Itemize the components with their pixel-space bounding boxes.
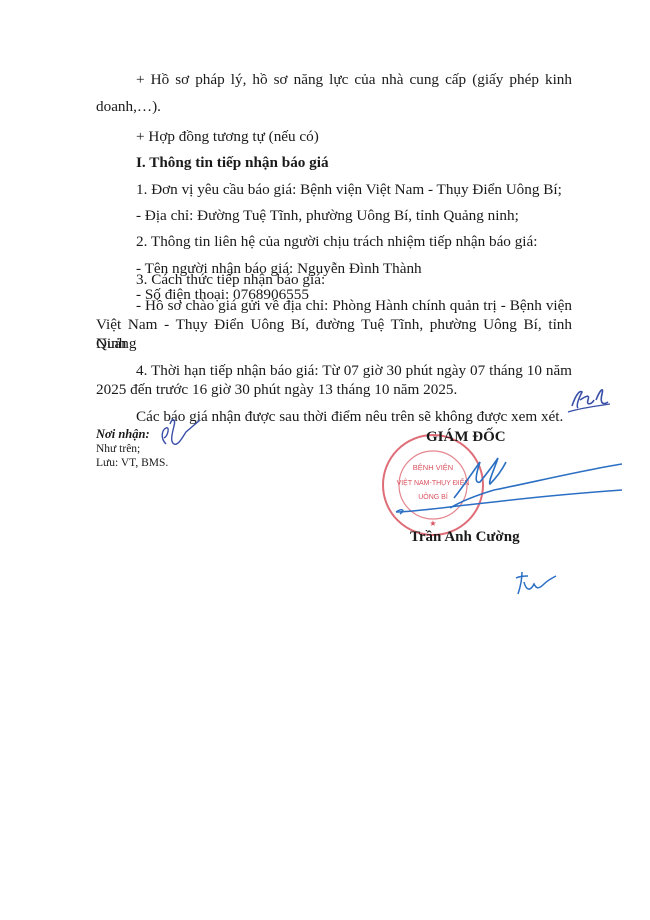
item1-requesting-unit: 1. Đơn vị yêu cầu báo giá: Bệnh viện Việ… <box>136 180 562 199</box>
svg-text:★: ★ <box>429 519 436 528</box>
similar-contracts: + Hợp đồng tương tự (nếu có) <box>136 127 319 146</box>
legal-docs-line1: + Hồ sơ pháp lý, hồ sơ năng lực của nhà … <box>136 70 572 89</box>
item3-submission-method: 3. Cách thức tiếp nhận báo giá: <box>136 270 325 289</box>
address: - Địa chỉ: Đường Tuệ Tĩnh, phường Uông B… <box>136 206 519 225</box>
submission-address-line3: Ninh <box>96 334 126 353</box>
section-heading: I. Thông tin tiếp nhận báo giá <box>136 153 329 172</box>
submission-address-line2: Việt Nam - Thụy Điển Uông Bí, đường Tuệ … <box>96 315 572 353</box>
signature-title: GIÁM ĐỐC <box>426 428 506 447</box>
submission-address-line1: - Hồ sơ chào giá gửi về địa chỉ: Phòng H… <box>136 296 572 315</box>
initials-signature-icon <box>566 384 616 418</box>
item4-deadline-line2: 2025 đến trước 16 giờ 30 phút ngày 13 th… <box>96 380 457 399</box>
recipients-line2: Lưu: VT, BMS. <box>96 457 168 470</box>
recipients-label: Nơi nhận: <box>96 428 150 441</box>
director-signature-icon <box>394 448 624 518</box>
legal-docs-line2: doanh,…). <box>96 97 161 116</box>
director-name: Trần Anh Cường <box>410 528 520 547</box>
item2-contact-info: 2. Thông tin liên hệ của người chịu trác… <box>136 232 537 251</box>
item4-deadline-line1: 4. Thời hạn tiếp nhận báo giá: Từ 07 giờ… <box>136 361 572 380</box>
recipients-line1: Như trên; <box>96 443 140 456</box>
page-initial-icon <box>514 570 558 598</box>
recipients-initial-icon <box>156 414 206 450</box>
